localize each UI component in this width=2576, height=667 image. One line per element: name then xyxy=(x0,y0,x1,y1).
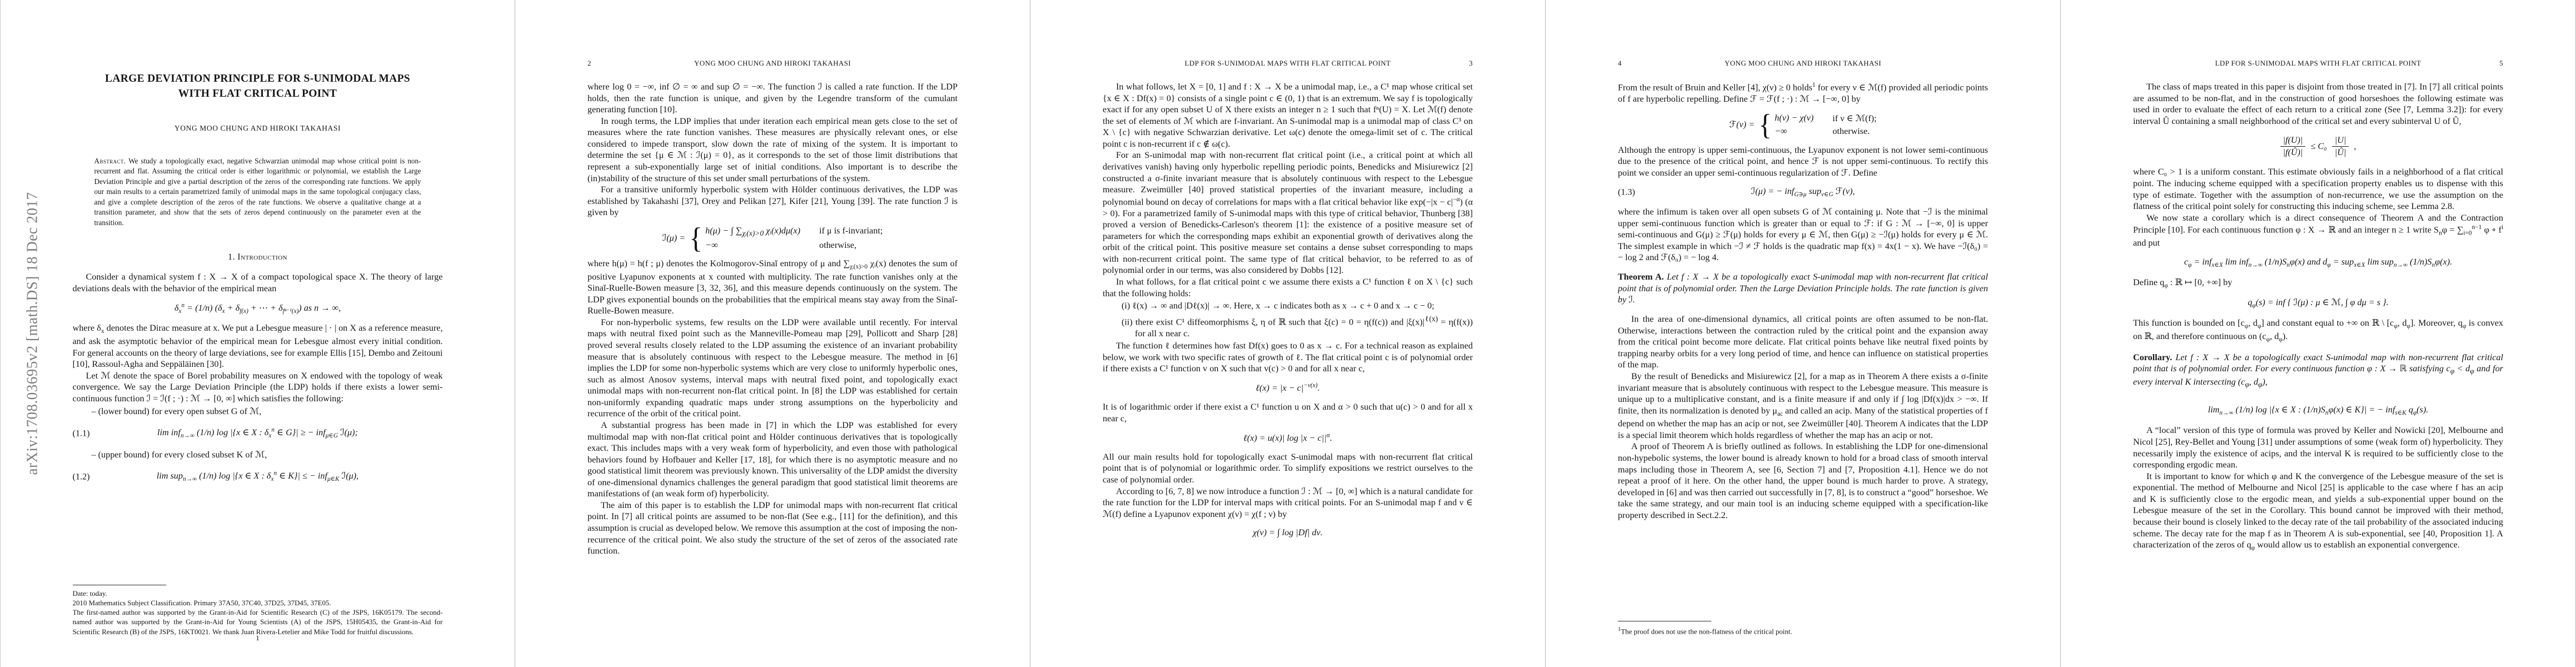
equation-body: ℓ(x) = u(x)| log |x − c||α. xyxy=(1243,433,1332,443)
theorem-head: Theorem A. xyxy=(1618,272,1664,282)
paragraph: According to [6, 7, 8] we now introduce … xyxy=(1103,486,1473,520)
page-column: LARGE DEVIATION PRINCIPLE FOR S-UNIMODAL… xyxy=(73,0,443,667)
paragraph: The function ℓ determines how fast Df(x)… xyxy=(1103,340,1473,375)
paragraph: This function is bounded on [cφ, dφ] and… xyxy=(2133,317,2503,344)
page-column: LDP FOR S-UNIMODAL MAPS WITH FLAT CRITIC… xyxy=(2133,0,2503,667)
display-equation: (1.1)lim infn→∞ (1/n) log |{x ∈ X : δxn … xyxy=(73,426,443,440)
running-header: 4 YONG MOO CHUNG AND HIROKI TAKAHASI xyxy=(1618,59,1988,68)
spacer xyxy=(73,491,443,580)
equation-lhs: ℐ(μ) = xyxy=(662,232,685,243)
equation-middle: ≤ C₀ xyxy=(2310,141,2326,152)
paper-abstract: Abstract. We study a topologically exact… xyxy=(94,156,421,228)
running-header: 2 YONG MOO CHUNG AND HIROKI TAKAHASI xyxy=(587,59,958,68)
page-2-content: where log 0 = −∞, inf ∅ = ∞ and sup ∅ = … xyxy=(587,81,958,637)
theorem-body: Let f : X → X be a topologically exact S… xyxy=(1618,272,1988,305)
cases-equation: ℐ(μ) ={h(μ) − ∫ ∑χᵢ(x)>0 χᵢ(x)dμ(x)if μ … xyxy=(587,226,958,251)
display-equation: ℓ(x) = u(x)| log |x − c||α. xyxy=(1103,431,1473,444)
paragraph: We now state a corollary which is a dire… xyxy=(2133,212,2503,249)
paragraph: In rough terms, the LDP implies that und… xyxy=(587,116,958,184)
page-number: 4 xyxy=(1618,59,1643,68)
page-1: arXiv:1708.03695v2 [math.DS] 18 Dec 2017… xyxy=(0,0,515,667)
section-heading: 1. Introduction xyxy=(73,252,443,262)
paragraph: A “local” version of this type of formul… xyxy=(2133,425,2503,470)
theorem-head: Corollary. xyxy=(2133,352,2172,362)
item-label: (ii) xyxy=(1122,317,1133,327)
fraction-equation: |f(U)||f(Û)|≤ C₀|U||Û|, xyxy=(2133,135,2503,158)
page-number: 2 xyxy=(587,59,613,68)
paragraph: where the infimum is taken over all open… xyxy=(1618,206,1988,263)
display-equation: qφ(s) = inf { ℐ(μ) : μ ∈ ℳ, ∫ φ dμ = s }… xyxy=(2133,297,2503,310)
page-4-content: From the result of Bruin and Keller [4],… xyxy=(1618,81,1988,637)
display-equation: δxn = (1/n) (δx + δf(x) + ⋯ + δfⁿ⁻¹(x)) … xyxy=(73,301,443,315)
paragraph: Let ℳ denote the space of Borel probabil… xyxy=(73,370,443,405)
list-item: (i) ℓ(x) → ∞ and |Dℓ(x)| → ∞. Here, x → … xyxy=(1103,300,1473,312)
equation-body: lim supn→∞ (1/n) log |{x ∈ X : δxn ∈ K}|… xyxy=(157,471,358,481)
spacer xyxy=(1618,521,1988,616)
paragraph: In what follows, for a flat critical poi… xyxy=(1103,276,1473,299)
running-header: LDP FOR S-UNIMODAL MAPS WITH FLAT CRITIC… xyxy=(2133,59,2503,68)
brace-glyph: { xyxy=(689,225,702,251)
document-canvas: arXiv:1708.03695v2 [math.DS] 18 Dec 2017… xyxy=(0,0,2576,667)
running-title: LDP FOR S-UNIMODAL MAPS WITH FLAT CRITIC… xyxy=(1128,59,1447,68)
paragraph: For an S-unimodal map with non-recurrent… xyxy=(1103,150,1473,276)
list-dash-item: – (lower bound) for every open subset G … xyxy=(73,406,443,417)
equation-body: χ(ν) = ∫ log |Df| dν. xyxy=(1253,527,1323,537)
equation-lhs: ℱ(ν) = xyxy=(1729,119,1755,130)
paragraph: A substantial progress has been made in … xyxy=(587,420,958,500)
page-1-content: 1. IntroductionConsider a dynamical syst… xyxy=(73,245,443,637)
case-expression: −∞ xyxy=(1775,126,1813,137)
display-equation: ℓ(x) = |x − c|−v(x). xyxy=(1103,382,1473,394)
paragraph: where δx denotes the Dirac measure at x.… xyxy=(73,322,443,370)
page-4: 4 YONG MOO CHUNG AND HIROKI TAKAHASI Fro… xyxy=(1546,0,2061,667)
theorem-body: Let f : X → X be a topologically exact S… xyxy=(2133,352,2503,387)
paragraph: It is important to know for which φ and … xyxy=(2133,471,2503,552)
paragraph: All our main results hold for topologica… xyxy=(1103,451,1473,486)
display-equation: (1.3)ℐ(μ) = − infG∋μ supν∈G ℱ(ν), xyxy=(1618,186,1988,199)
display-equation: cφ = infx∈X lim infn→∞ (1/n)Snφ(x) and d… xyxy=(2133,256,2503,270)
equation-tag: (1.3) xyxy=(1618,187,1635,198)
paragraph: Although the entropy is upper semi-conti… xyxy=(1618,145,1988,179)
running-title: LDP FOR S-UNIMODAL MAPS WITH FLAT CRITIC… xyxy=(2159,59,2478,68)
case-condition: if ν ∈ ℳ(f); xyxy=(1832,113,1876,124)
page-5: LDP FOR S-UNIMODAL MAPS WITH FLAT CRITIC… xyxy=(2061,0,2576,667)
item-label: (i) xyxy=(1122,301,1130,311)
equation-tag: (1.2) xyxy=(73,471,90,482)
paragraph: It is of logarithmic order if there exis… xyxy=(1103,401,1473,424)
footnote-rule xyxy=(73,585,166,585)
theorem-block: Theorem A. Let f : X → X be a topologica… xyxy=(1618,271,1988,306)
case-condition: otherwise, xyxy=(819,240,883,251)
equation-body: ℐ(μ) = − infG∋μ supν∈G ℱ(ν), xyxy=(1751,186,1855,196)
paragraph: From the result of Bruin and Keller [4],… xyxy=(1618,81,1988,105)
running-title: YONG MOO CHUNG AND HIROKI TAKAHASI xyxy=(1643,59,1962,68)
page-number: 3 xyxy=(1447,59,1473,68)
paragraph: where h(μ) = h(f ; μ) denotes the Kolmog… xyxy=(587,258,958,317)
running-header: LDP FOR S-UNIMODAL MAPS WITH FLAT CRITIC… xyxy=(1103,59,1473,68)
cases-equation: ℱ(ν) ={h(ν) − χ(ν)if ν ∈ ℳ(f);−∞otherwis… xyxy=(1618,112,1988,137)
page-3: LDP FOR S-UNIMODAL MAPS WITH FLAT CRITIC… xyxy=(1030,0,1546,667)
equation-body: ℓ(x) = |x − c|−v(x). xyxy=(1255,383,1319,393)
paragraph: In the area of one-dimensional dynamics,… xyxy=(1618,313,1988,371)
paper-title: LARGE DEVIATION PRINCIPLE FOR S-UNIMODAL… xyxy=(73,71,443,102)
cases-grid: h(ν) − χ(ν)if ν ∈ ℳ(f);−∞otherwise. xyxy=(1775,113,1876,137)
fraction: |U||Û| xyxy=(2332,135,2349,158)
page-2: 2 YONG MOO CHUNG AND HIROKI TAKAHASI whe… xyxy=(515,0,1030,667)
abstract-label: Abstract. xyxy=(94,157,126,165)
display-equation: χ(ν) = ∫ log |Df| dν. xyxy=(1103,527,1473,539)
paper-title-line2: WITH FLAT CRITICAL POINT xyxy=(178,88,337,99)
footnote: 2010 Mathematics Subject Classification.… xyxy=(73,599,443,608)
page-number-footer: 1 xyxy=(1,634,515,643)
brace-glyph: { xyxy=(1758,111,1772,137)
footnote: Date: today. xyxy=(73,589,443,599)
page-3-content: In what follows, let X = [0, 1] and f : … xyxy=(1103,81,1473,637)
running-title: YONG MOO CHUNG AND HIROKI TAKAHASI xyxy=(613,59,932,68)
page-column: 4 YONG MOO CHUNG AND HIROKI TAKAHASI Fro… xyxy=(1618,0,1988,667)
theorem-block: Corollary. Let f : X → X be a topologica… xyxy=(2133,352,2503,390)
paragraph: In what follows, let X = [0, 1] and f : … xyxy=(1103,81,1473,150)
paragraph: For a transitive uniformly hyperbolic sy… xyxy=(587,184,958,218)
fraction: |f(U)||f(Û)| xyxy=(2280,135,2306,158)
paragraph: The aim of this paper is to establish th… xyxy=(587,500,958,557)
equation-body: cφ = infx∈X lim infn→∞ (1/n)Snφ(x) and d… xyxy=(2184,257,2452,267)
case-expression: −∞ xyxy=(705,240,800,251)
page-number: 5 xyxy=(2478,59,2503,68)
cases-grid: h(μ) − ∫ ∑χᵢ(x)>0 χᵢ(x)dμ(x)if μ is f-in… xyxy=(705,226,883,251)
display-equation: limn→∞ (1/n) log |{x ∈ X : (1/n)Snφ(x) ∈… xyxy=(2133,404,2503,417)
paragraph: where log 0 = −∞, inf ∅ = ∞ and sup ∅ = … xyxy=(587,81,958,116)
paper-title-line1: LARGE DEVIATION PRINCIPLE FOR S-UNIMODAL… xyxy=(105,73,410,84)
page-column: LDP FOR S-UNIMODAL MAPS WITH FLAT CRITIC… xyxy=(1103,0,1473,667)
footnote: The first-named author was supported by … xyxy=(73,608,443,637)
paragraph: For non-hyperbolic systems, few results … xyxy=(587,317,958,420)
paragraph: A proof of Theorem A is briefly outlined… xyxy=(1618,441,1988,521)
case-expression: h(ν) − χ(ν) xyxy=(1775,113,1813,124)
paragraph: By the result of Benedicks and Misiurewi… xyxy=(1618,371,1988,441)
display-equation: (1.2)lim supn→∞ (1/n) log |{x ∈ X : δxn … xyxy=(73,470,443,484)
equation-tag: (1.1) xyxy=(73,427,90,439)
footnote: 1The proof does not use the non-flatness… xyxy=(1618,625,1988,637)
case-condition: otherwise. xyxy=(1832,126,1876,137)
page-column: 2 YONG MOO CHUNG AND HIROKI TAKAHASI whe… xyxy=(587,0,958,667)
equation-body: δxn = (1/n) (δx + δf(x) + ⋯ + δfⁿ⁻¹(x)) … xyxy=(175,303,341,313)
list-item: (ii) there exist C¹ diffeomorphisms ξ, η… xyxy=(1103,314,1473,340)
paper-authors: YONG MOO CHUNG AND HIROKI TAKAHASI xyxy=(73,124,443,133)
equation-tail: , xyxy=(2354,141,2356,152)
arxiv-stamp: arXiv:1708.03695v2 [math.DS] 18 Dec 2017 xyxy=(24,192,41,475)
equation-body: qφ(s) = inf { ℐ(μ) : μ ∈ ℳ, ∫ φ dμ = s }… xyxy=(2248,297,2388,307)
list-dash-item: – (upper bound) for every closed subset … xyxy=(73,449,443,461)
case-expression: h(μ) − ∫ ∑χᵢ(x)>0 χᵢ(x)dμ(x) xyxy=(705,226,800,238)
case-condition: if μ is f-invariant; xyxy=(819,226,883,238)
paragraph: Define qφ : ℝ ↦ [0, +∞] by xyxy=(2133,277,2503,290)
equation-body: lim infn→∞ (1/n) log |{x ∈ X : δxn ∈ G}|… xyxy=(157,427,358,437)
footnote-rule xyxy=(1618,621,1711,621)
paragraph: where C₀ > 1 is a uniform constant. This… xyxy=(2133,166,2503,212)
page-5-content: The class of maps treated in this paper … xyxy=(2133,81,2503,637)
paragraph: Consider a dynamical system f : X → X of… xyxy=(73,271,443,294)
abstract-text: We study a topologically exact, negative… xyxy=(94,157,421,227)
paragraph: The class of maps treated in this paper … xyxy=(2133,81,2503,127)
equation-body: limn→∞ (1/n) log |{x ∈ X : (1/n)Snφ(x) ∈… xyxy=(2208,405,2429,415)
